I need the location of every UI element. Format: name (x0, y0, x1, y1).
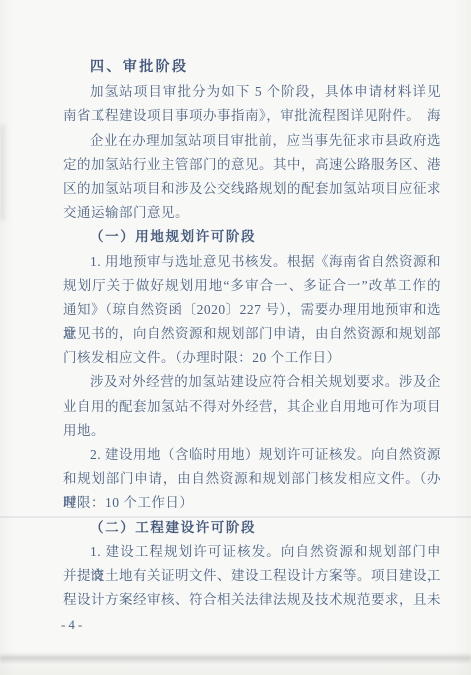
body-line: 和规划部门申请，由自然资源和规划部门核发相应文件。（办理 (63, 467, 441, 491)
body-line: 通知》（琼自然资函〔2020〕227 号），需要办理用地预审和选址 (63, 298, 441, 322)
body-line: 规划厅关于做好规划用地“多审合一、多证合一”改革工作的 (63, 274, 441, 298)
scan-artifact-smudge (0, 125, 5, 220)
body-line: 程设计方案经审核、符合相关法律法规及技术规范要求，且未 (63, 588, 441, 612)
body-line: 加氢站项目审批分为如下 5 个阶段，具体申请材料详见《海 (63, 80, 441, 104)
body-line: 企业在办理加氢站项目审批前，应当事先征求市县政府选 (63, 129, 441, 153)
subsection-heading-2: （二）工程建设许可阶段 (63, 516, 441, 540)
document-body: 四、审批阶段 加氢站项目审批分为如下 5 个阶段，具体申请材料详见《海 南省工程… (63, 56, 441, 612)
body-line: 意见书的，向自然资源和规划部门申请，由自然资源和规划部 (63, 322, 441, 346)
body-line: 南省工程建设项目事项办事指南》，审批流程图详见附件。 (63, 104, 441, 128)
body-line: 并提交土地有关证明文件、建设工程设计方案等。项目建设工 (63, 564, 441, 588)
body-line: 涉及对外经营的加氢站建设应符合相关规划要求。涉及企 (63, 370, 441, 394)
section-heading: 四、审批阶段 (63, 56, 441, 80)
subsection-heading-1: （一）用地规划许可阶段 (63, 225, 441, 249)
body-line: 用地。 (63, 419, 441, 443)
body-line: 门核发相应文件。（办理时限：20 个工作日） (63, 346, 441, 370)
scan-artifact-bottom-band (0, 653, 471, 664)
body-line: 区的加氢站项目和涉及公交线路规划的配套加氢站项目应征求 (63, 177, 441, 201)
body-line: 时限：10 个工作日） (63, 491, 441, 515)
scanned-document-page: 四、审批阶段 加氢站项目审批分为如下 5 个阶段，具体申请材料详见《海 南省工程… (0, 0, 471, 675)
page-number: -4- (61, 617, 85, 633)
body-line: 定的加氢站行业主管部门的意见。其中，高速公路服务区、港 (63, 153, 441, 177)
body-line: 1. 建设工程规划许可证核发。向自然资源和规划部门申请， (63, 540, 441, 564)
body-line: 交通运输部门意见。 (63, 201, 441, 225)
body-line: 业自用的配套加氢站不得对外经营，其企业自用地可作为项目 (63, 395, 441, 419)
body-line: 2. 建设用地（含临时用地）规划许可证核发。向自然资源 (63, 443, 441, 467)
body-line: 1. 用地预审与选址意见书核发。根据《海南省自然资源和 (63, 250, 441, 274)
